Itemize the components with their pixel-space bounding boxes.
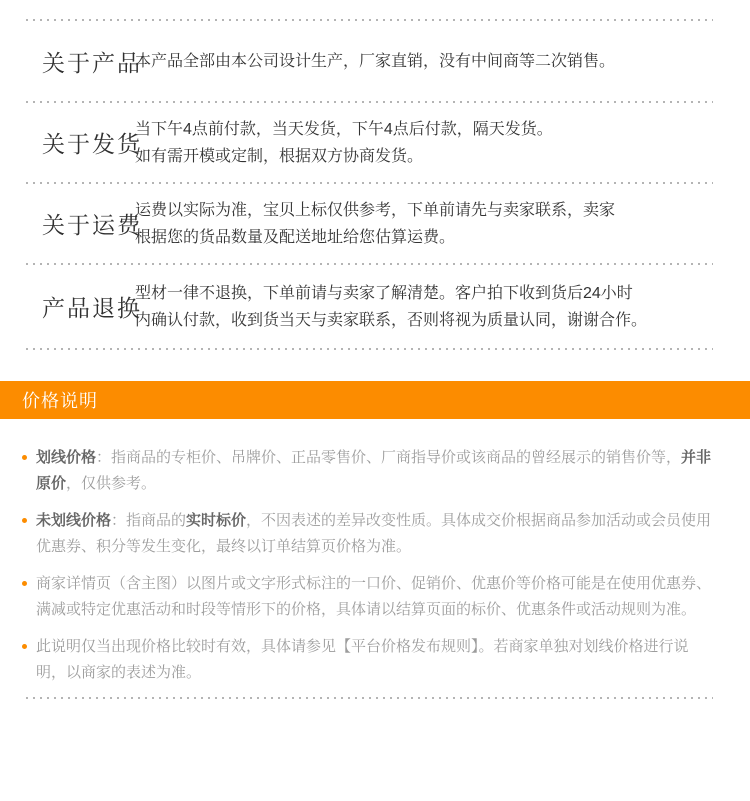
notice-item-text: 商家详情页（含主图）以图片或文字形式标注的一口价、促销价、优惠价等价格可能是在使… — [36, 571, 718, 623]
price-notice-banner: 价格说明 — [0, 381, 750, 419]
product-detail-page: 关于产品 本产品全部由本公司设计生产，厂家直销，没有中间商等二次销售。 关于发货… — [0, 0, 750, 801]
bullet-dot-icon — [22, 518, 27, 523]
section-body: 型材一律不退换，下单前请与卖家了解清楚。客户拍下收到货后24小时 内确认付款，收… — [135, 280, 750, 334]
section-about-product: 关于产品 本产品全部由本公司设计生产，厂家直销，没有中间商等二次销售。 — [0, 21, 750, 101]
notice-item-text: 此说明仅当出现价格比较时有效，具体请参见【平台价格发布规则】。若商家单独对划线价… — [36, 634, 718, 686]
notice-lead: 未划线价格 — [36, 512, 111, 529]
notice-item-unmarked-price: 未划线价格：指商品的实时标价，不因表述的差异改变性质。具体成交价根据商品参加活动… — [22, 508, 718, 560]
price-notice-list: 划线价格：指商品的专柜价、吊牌价、正品零售价、厂商指导价或该商品的曾经展示的销售… — [22, 445, 718, 686]
notice-emphasis: 实时标价 — [186, 512, 246, 529]
notice-segment: 此说明仅当出现价格比较时有效，具体请参见【平台价格发布规则】。若商家单独对划线价… — [36, 638, 689, 681]
bullet-dot-icon — [22, 644, 27, 649]
section-about-shipping: 关于发货 当下午4点前付款，当天发货，下午4点后付款，隔天发货。 如有需开模或定… — [0, 103, 750, 182]
section-title: 关于运费 — [0, 207, 135, 240]
section-body: 运费以实际为准，宝贝上标仅供参考，下单前请先与卖家联系，卖家 根据您的货品数量及… — [135, 197, 750, 251]
dotted-separator — [26, 348, 713, 350]
notice-item-validity: 此说明仅当出现价格比较时有效，具体请参见【平台价格发布规则】。若商家单独对划线价… — [22, 634, 718, 686]
bullet-dot-icon — [22, 581, 27, 586]
section-title: 产品退换 — [0, 290, 135, 323]
section-about-freight: 关于运费 运费以实际为准，宝贝上标仅供参考，下单前请先与卖家联系，卖家 根据您的… — [0, 184, 750, 263]
section-body: 本产品全部由本公司设计生产，厂家直销，没有中间商等二次销售。 — [135, 48, 750, 75]
notice-segment: ：指商品的专柜价、吊牌价、正品零售价、厂商指导价或该商品的曾经展示的销售价等， — [96, 449, 681, 466]
bullet-dot-icon — [22, 455, 27, 460]
notice-item-text: 未划线价格：指商品的实时标价，不因表述的差异改变性质。具体成交价根据商品参加活动… — [36, 508, 718, 560]
notice-segment: ，仅供参考。 — [66, 475, 156, 492]
section-product-return: 产品退换 型材一律不退换，下单前请与卖家了解清楚。客户拍下收到货后24小时 内确… — [0, 265, 750, 348]
price-notice-banner-title: 价格说明 — [22, 387, 98, 413]
section-title: 关于产品 — [0, 45, 135, 78]
notice-lead: 划线价格 — [36, 449, 96, 466]
notice-segment: ：指商品的 — [111, 512, 186, 529]
section-body: 当下午4点前付款，当天发货，下午4点后付款，隔天发货。 如有需开模或定制，根据双… — [135, 116, 750, 170]
notice-item-text: 划线价格：指商品的专柜价、吊牌价、正品零售价、厂商指导价或该商品的曾经展示的销售… — [36, 445, 718, 497]
section-title: 关于发货 — [0, 126, 135, 159]
notice-item-detail-page-price: 商家详情页（含主图）以图片或文字形式标注的一口价、促销价、优惠价等价格可能是在使… — [22, 571, 718, 623]
dotted-separator — [26, 697, 713, 699]
notice-item-strikethrough-price: 划线价格：指商品的专柜价、吊牌价、正品零售价、厂商指导价或该商品的曾经展示的销售… — [22, 445, 718, 497]
notice-segment: 商家详情页（含主图）以图片或文字形式标注的一口价、促销价、优惠价等价格可能是在使… — [36, 575, 711, 618]
